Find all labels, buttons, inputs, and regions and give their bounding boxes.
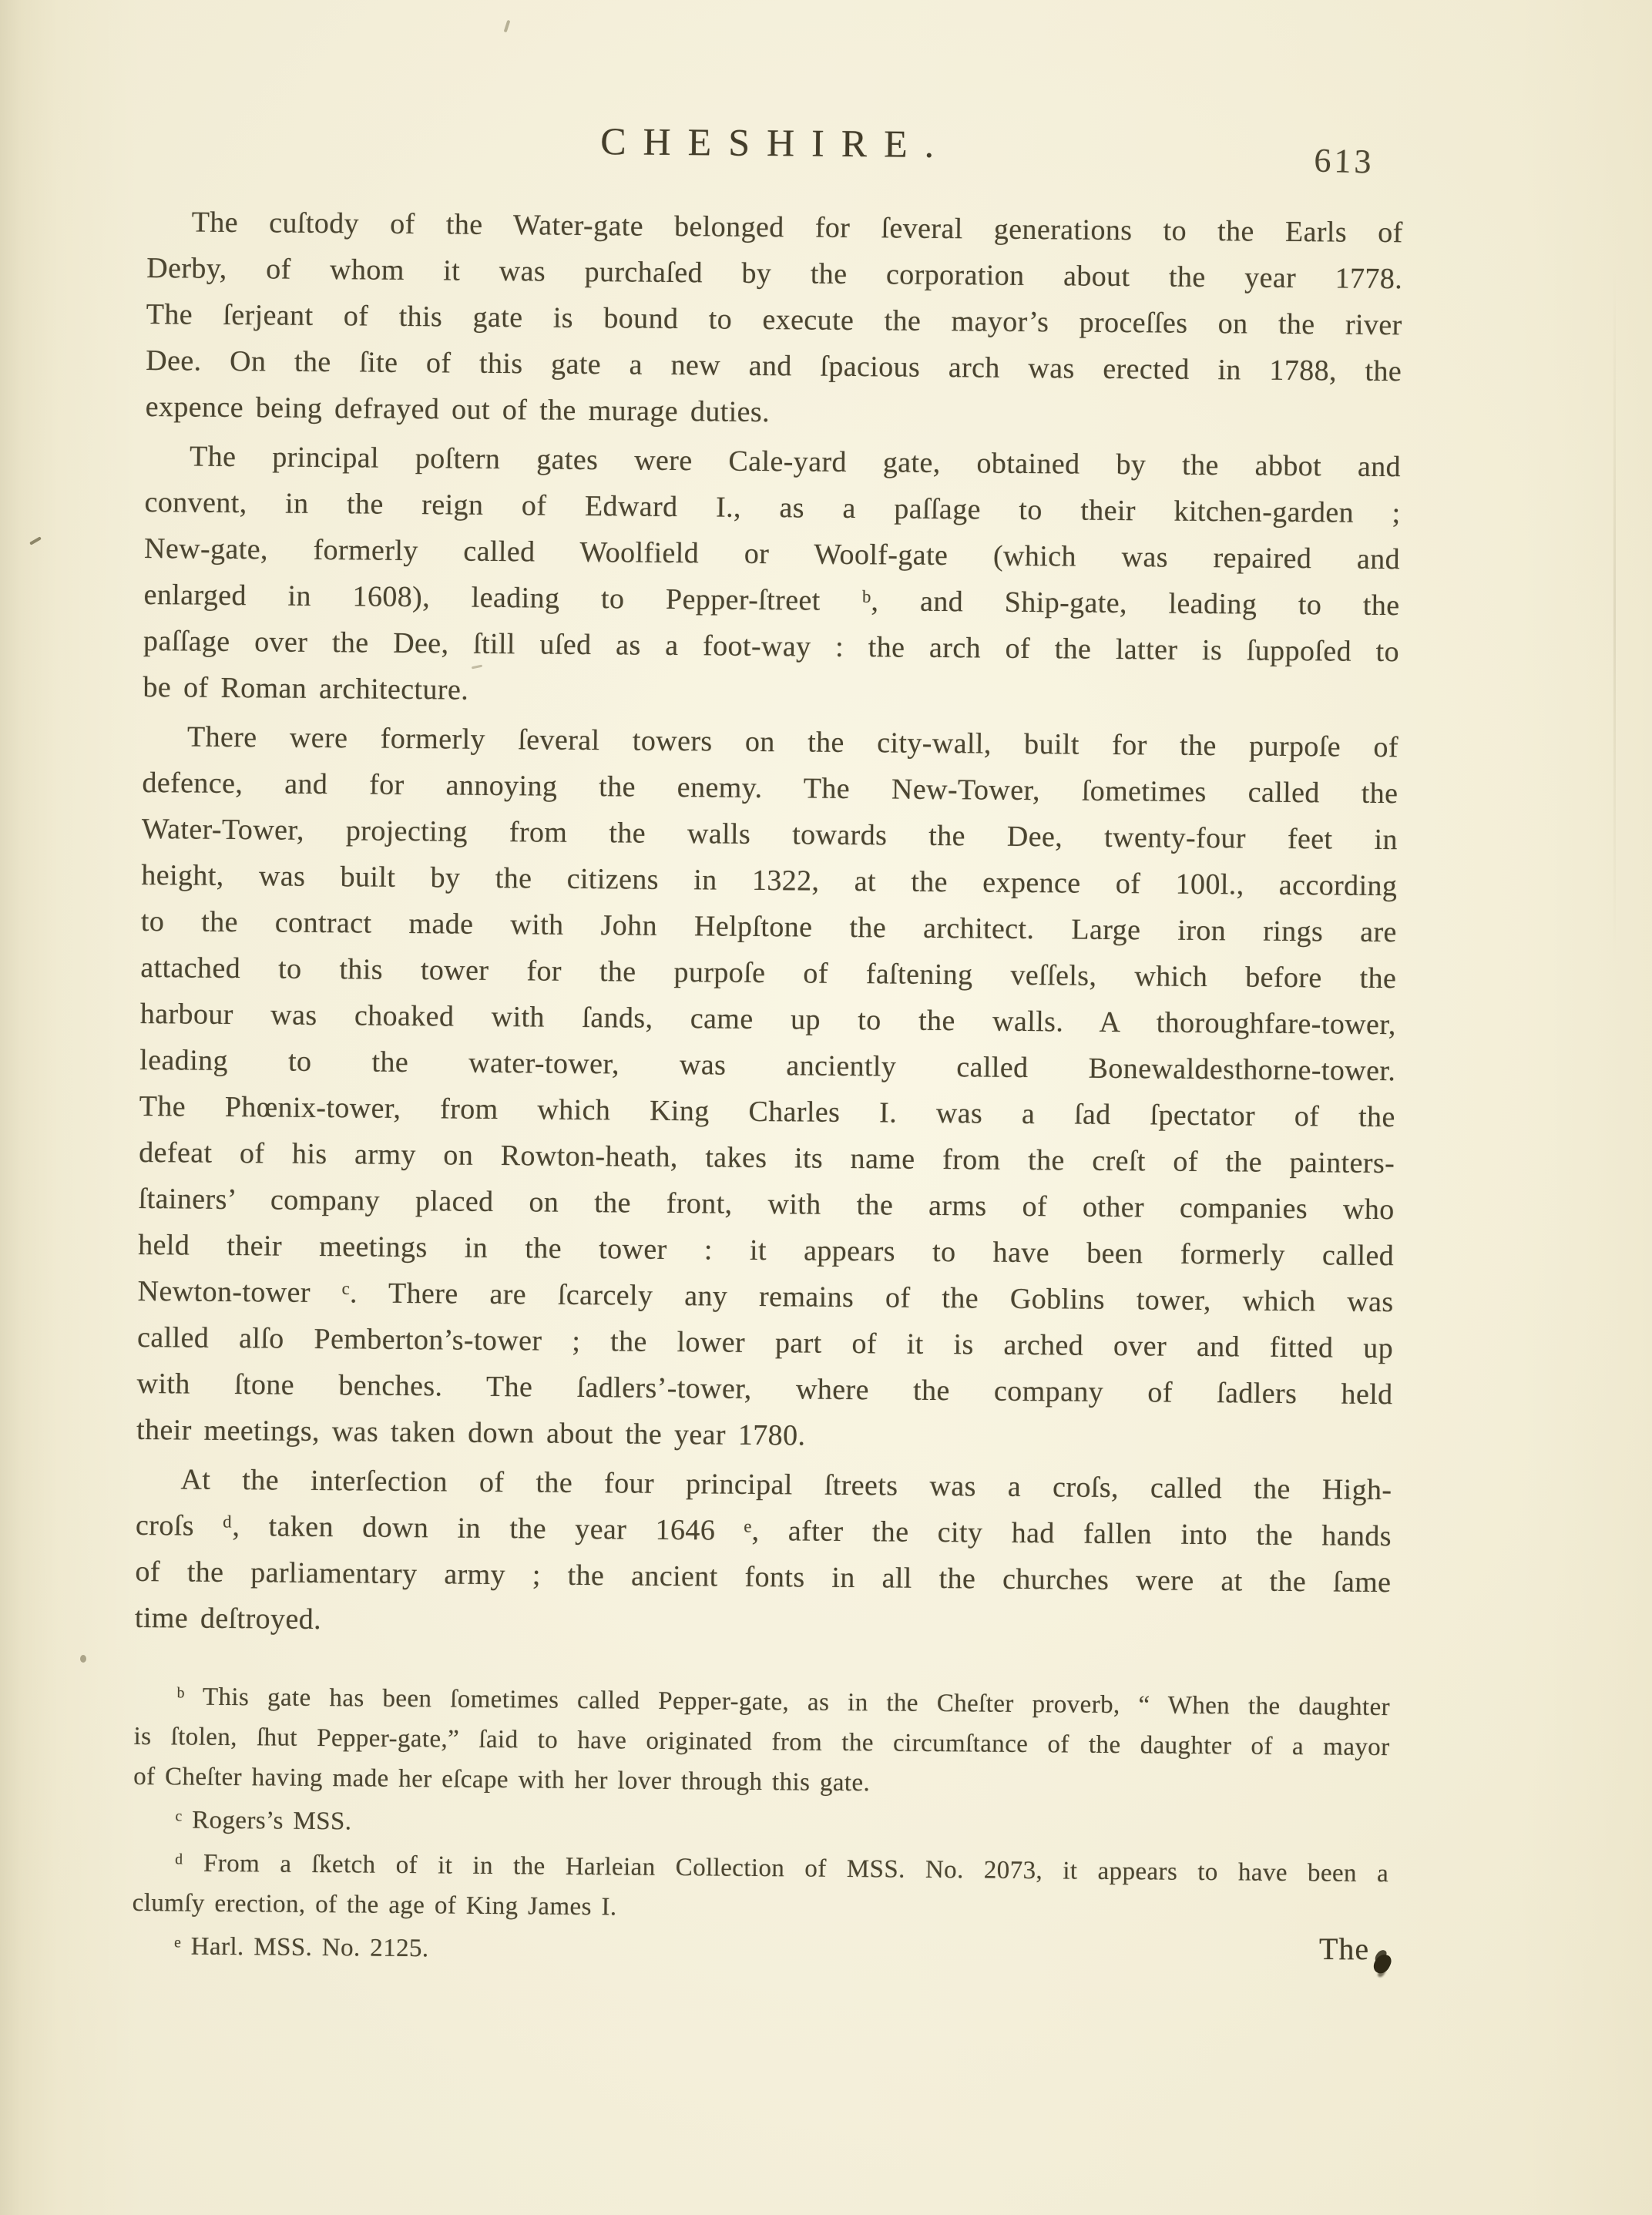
running-header: CHESHIRE. 613 xyxy=(147,114,1403,171)
paragraph-towers: There were formerly ſeveral towers on th… xyxy=(136,713,1398,1464)
paper-crease xyxy=(1613,270,1616,963)
paragraph-water-gate: The cuſtody of the Water-gate belonged f… xyxy=(145,199,1403,441)
footnote-d: ᵈ From a ſketch of it in the Harleian Co… xyxy=(133,1843,1389,1934)
footnote-c: ᶜ Rogers’s MSS. xyxy=(133,1800,1388,1851)
footnote-line: ᵉ Harl. MSS. No. 2125. xyxy=(132,1926,1388,1977)
footnote-line: ᶜ Rogers’s MSS. xyxy=(133,1800,1388,1851)
footnote-b: ᵇ This gate has been ſometimes called Pe… xyxy=(133,1676,1390,1807)
page-content: CHESHIRE. 613 The cuſtody of the Water-g… xyxy=(132,114,1404,1977)
ink-speck xyxy=(504,20,511,32)
footnotes-section: ᵇ This gate has been ſometimes called Pe… xyxy=(132,1676,1390,1977)
paragraph-high-cross: At the interſection of the four principa… xyxy=(135,1456,1392,1652)
ink-speck xyxy=(29,536,42,545)
catchword: The xyxy=(1319,1931,1369,1967)
footnote-e: ᵉ Harl. MSS. No. 2125. xyxy=(132,1926,1388,1977)
scanned-book-page: CHESHIRE. 613 The cuſtody of the Water-g… xyxy=(0,0,1652,2215)
paragraph-postern-gates: The principal poſtern gates were Cale-ya… xyxy=(143,433,1401,721)
page-number: 613 xyxy=(1314,144,1375,180)
page-title: CHESHIRE. xyxy=(147,114,1403,171)
ink-speck xyxy=(80,1655,86,1663)
